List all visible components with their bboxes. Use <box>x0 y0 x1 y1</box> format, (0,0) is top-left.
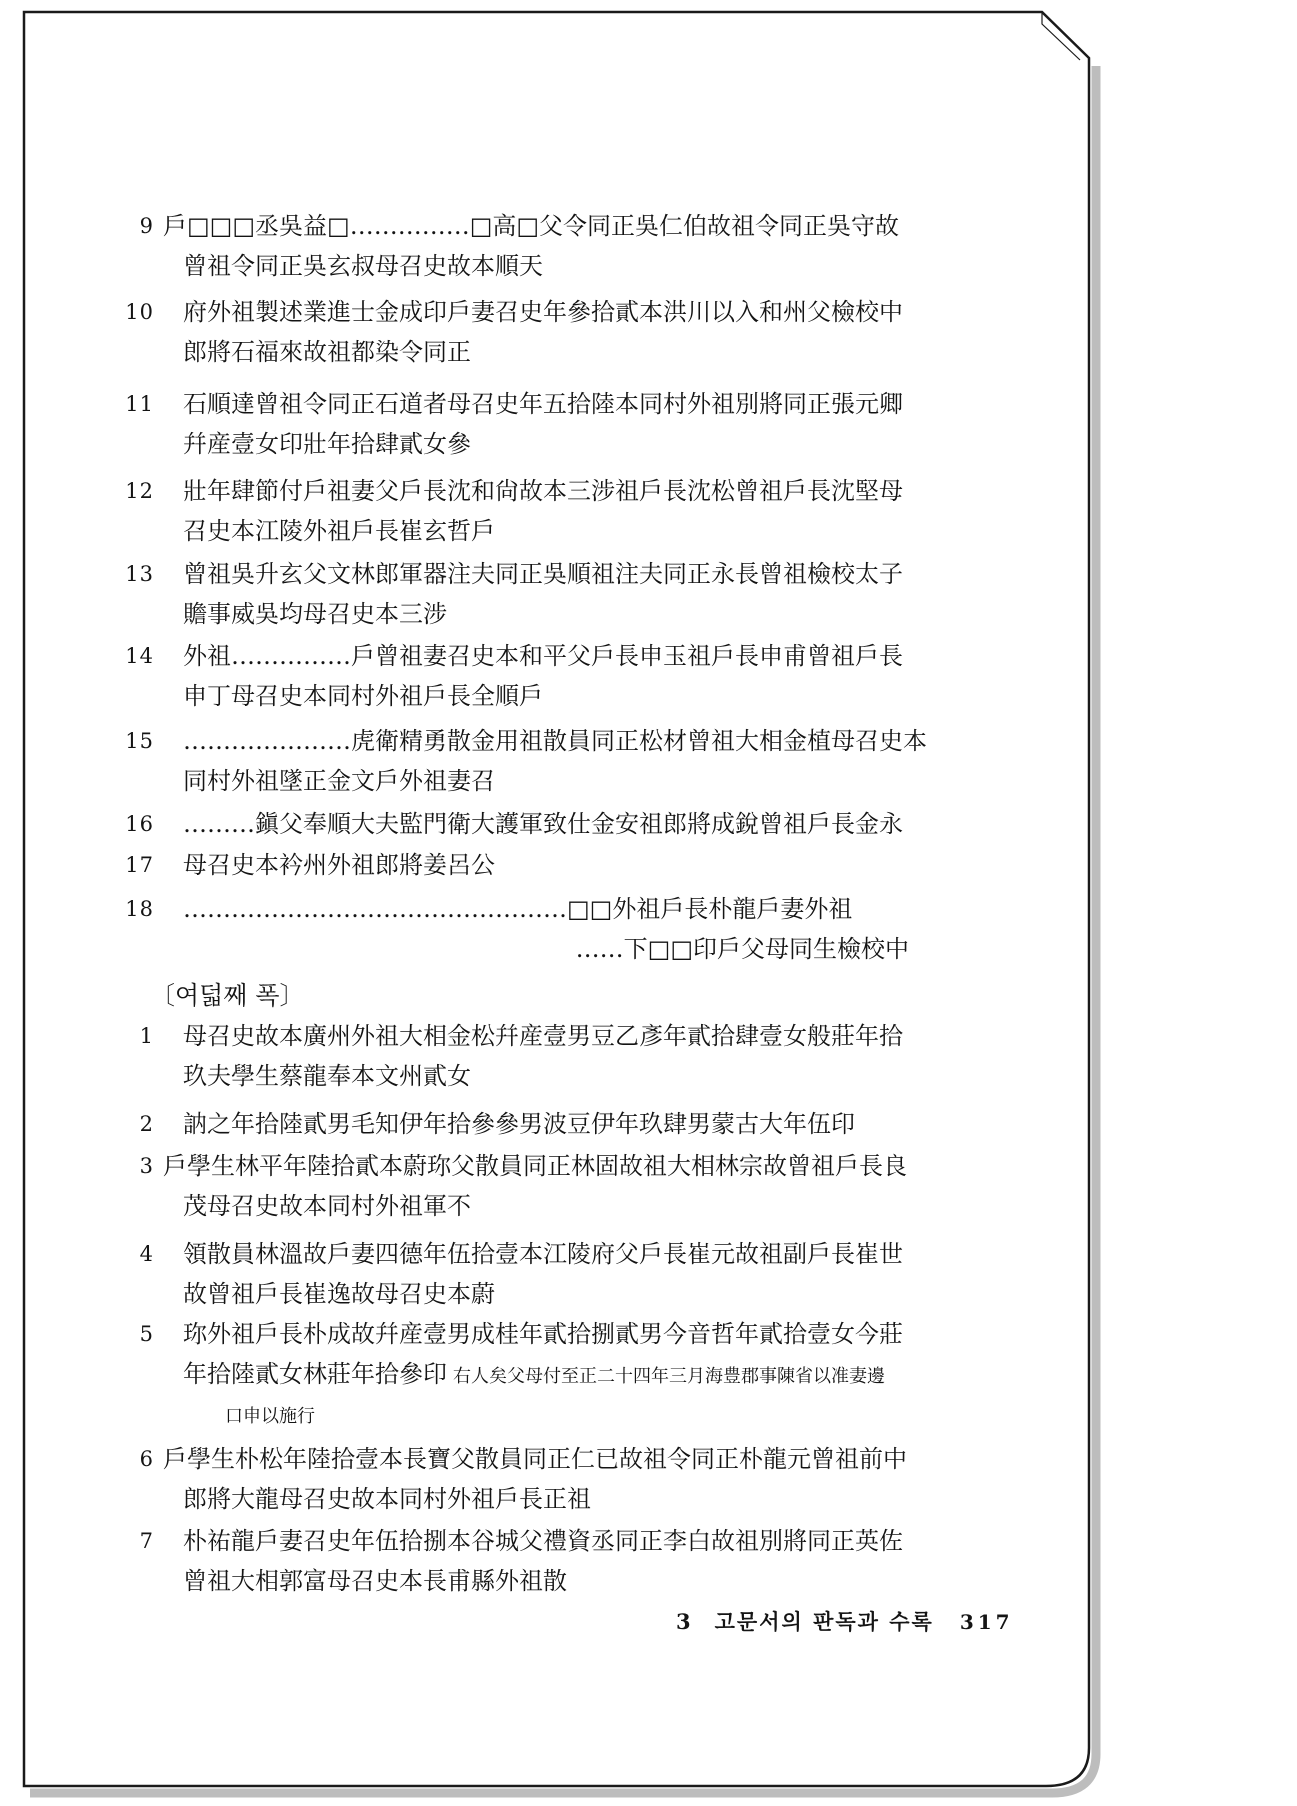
entry-16: 16 ………鎭父奉順大夫監門衛大護軍致仕金安祖郎將成銳曾祖戶長金永 <box>0 804 980 844</box>
entry-text-line: 召史本江陵外祖戶長崔玄哲戶 <box>183 511 980 551</box>
entry-3: 3 戶學生林平年陸拾貳本蔚珎父散員同正林固故祖大相林宗故曾祖戶長良 茂母召史故本… <box>0 1146 980 1226</box>
entry-text-line: 贍事威吳均母召史本三涉 <box>183 594 980 634</box>
entry-text-line: 曾祖令同正吳玄叔母召史故本順天 <box>183 246 980 286</box>
entry-text-line: 領散員林溫故戶妻四德年伍拾壹本江陵府父戶長崔元故祖副戶長崔世 <box>183 1234 980 1274</box>
entry-5: 5 珎外祖戶長朴成故幷産壹男成桂年貳拾捌貳男今音哲年貳拾壹女今莊 年拾陸貳女林莊… <box>0 1314 980 1437</box>
section-header: 〔여덟째 폭〕 <box>150 976 305 1016</box>
entry-6: 6 戶學生朴松年陸拾壹本長寶父散員同正仁已故祖令同正朴龍元曾祖前中 郎將大龍母召… <box>0 1439 980 1519</box>
page-number: 317 <box>960 1610 1014 1634</box>
entry-7: 7 朴祐龍戶妻召史年伍拾捌本谷城父禮資丞同正李白故祖別將同正英佐 曾祖大相郭富母… <box>0 1521 980 1601</box>
entry-text-normal: 年拾陸貳女林莊年拾參印 <box>183 1360 447 1388</box>
entry-text-line: 申丁母召史本同村外祖戶長全順戶 <box>183 676 980 716</box>
entry-text-line: 故曾祖戶長崔逸故母召史本蔚 <box>183 1274 980 1314</box>
entry-text-line: 郎將大龍母召史故本同村外祖戶長正祖 <box>183 1479 980 1519</box>
entry-text-line: 戶學生林平年陸拾貳本蔚珎父散員同正林固故祖大相林宗故曾祖戶長良 <box>163 1146 980 1186</box>
entry-text-line: 曾祖大相郭富母召史本長甫縣外祖散 <box>183 1561 980 1601</box>
entry-text-line: 外祖……………戶曾祖妻召史本和平父戶長申玉祖戶長申甫曾祖戶長 <box>183 636 980 676</box>
line-number: 3 <box>100 1146 154 1186</box>
entry-14: 14 外祖……………戶曾祖妻召史本和平父戶長申玉祖戶長申甫曾祖戶長 申丁母召史本… <box>0 636 980 716</box>
entry-17: 17 母召史本衿州外祖郎將姜呂公 <box>0 845 980 885</box>
page-content: 9 戶□□□丞吳益□……………□高□父令同正吳仁伯故祖令同正吳守故 曾祖令同正吳… <box>0 0 1100 1806</box>
line-number: 7 <box>100 1521 154 1561</box>
entry-text-line: 同村外祖墜正金文戶外祖妻召 <box>183 761 980 801</box>
entry-text-line: 朴祐龍戶妻召史年伍拾捌本谷城父禮資丞同正李白故祖別將同正英佐 <box>183 1521 980 1561</box>
entry-2: 2 訥之年拾陸貳男毛知伊年拾參參男波豆伊年玖肆男蒙古大年伍印 <box>0 1104 980 1144</box>
entry-1: 1 母召史故本廣州外祖大相金松幷産壹男豆乙彥年貳拾肆壹女般莊年拾 玖夫學生蔡龍奉… <box>0 1016 980 1096</box>
entry-text-line: 幷産壹女印壯年拾肆貳女參 <box>183 424 980 464</box>
entry-text-line: 壯年肆節付戶祖妻父戶長沈和尙故本三涉祖戶長沈松曾祖戶長沈堅母 <box>183 471 980 511</box>
line-number: 4 <box>100 1234 154 1274</box>
entry-text-line: 府外祖製述業進士金成印戶妻召史年參拾貳本洪川以入和州父檢校中 <box>183 292 980 332</box>
chapter-number: 3 <box>676 1609 693 1634</box>
entry-4: 4 領散員林溫故戶妻四德年伍拾壹本江陵府父戶長崔元故祖副戶長崔世 故曾祖戶長崔逸… <box>0 1234 980 1314</box>
entry-10: 10 府外祖製述業進士金成印戶妻召史年參拾貳本洪川以入和州父檢校中 郎將石福來故… <box>0 292 980 372</box>
entry-text-line: 戶學生朴松年陸拾壹本長寶父散員同正仁已故祖令同正朴龍元曾祖前中 <box>163 1439 980 1479</box>
entry-text-line: …………………………………………□□外祖戶長朴龍戶妻外祖 <box>183 889 980 929</box>
line-number: 18 <box>100 889 154 929</box>
line-number: 14 <box>100 636 154 676</box>
entry-text-line: 訥之年拾陸貳男毛知伊年拾參參男波豆伊年玖肆男蒙古大年伍印 <box>183 1104 980 1144</box>
line-number: 5 <box>100 1314 154 1354</box>
entry-text-annotation: 口申以施行 <box>225 1397 980 1437</box>
line-number: 2 <box>100 1104 154 1144</box>
line-number: 10 <box>100 292 154 332</box>
page-footer: 3고문서의 판독과 수록317 <box>676 1602 1014 1642</box>
line-number: 1 <box>100 1016 154 1056</box>
entry-13: 13 曾祖吳升玄父文林郎軍器注夫同正吳順祖注夫同正永長曾祖檢校太子 贍事威吳均母… <box>0 554 980 634</box>
book-page-scan: { "document": { "sections": [ { "entries… <box>0 0 1297 1806</box>
entry-text-line: 茂母召史故本同村外祖軍不 <box>183 1186 980 1226</box>
entry-12: 12 壯年肆節付戶祖妻父戶長沈和尙故本三涉祖戶長沈松曾祖戶長沈堅母 召史本江陵外… <box>0 471 980 551</box>
line-number: 12 <box>100 471 154 511</box>
entry-11: 11 石順達曾祖令同正石道者母召史年五拾陸本同村外祖別將同正張元卿 幷産壹女印壯… <box>0 384 980 464</box>
entry-text-line: 母召史故本廣州外祖大相金松幷産壹男豆乙彥年貳拾肆壹女般莊年拾 <box>183 1016 980 1056</box>
entry-text-line: 曾祖吳升玄父文林郎軍器注夫同正吳順祖注夫同正永長曾祖檢校太子 <box>183 554 980 594</box>
entry-text-line: 戶□□□丞吳益□……………□高□父令同正吳仁伯故祖令同正吳守故 <box>163 206 980 246</box>
entry-text-line: …………………虎衛精勇散金用祖散員同正松材曾祖大相金植母召史本 <box>183 721 980 761</box>
line-number: 11 <box>100 384 154 424</box>
chapter-title: 고문서의 판독과 수록 <box>715 1609 934 1634</box>
entry-15: 15 …………………虎衛精勇散金用祖散員同正松材曾祖大相金植母召史本 同村外祖墜… <box>0 721 980 801</box>
entry-text-line: 年拾陸貳女林莊年拾參印右人矣父母付至正二十四年三月海豊郡事陳省以准妻邊 <box>183 1354 980 1397</box>
entry-text-line: 玖夫學生蔡龍奉本文州貳女 <box>183 1056 980 1096</box>
entry-text-line: ……下□□印戶父母同生檢校中 <box>183 929 909 969</box>
entry-text-line: 石順達曾祖令同正石道者母召史年五拾陸本同村外祖別將同正張元卿 <box>183 384 980 424</box>
entry-18: 18 …………………………………………□□外祖戶長朴龍戶妻外祖 ……下□□印戶父… <box>0 889 980 969</box>
entry-text-annotation: 右人矣父母付至正二十四年三月海豊郡事陳省以准妻邊 <box>453 1366 885 1387</box>
line-number: 13 <box>100 554 154 594</box>
line-number: 9 <box>100 206 154 246</box>
line-number: 6 <box>100 1439 154 1479</box>
entry-9: 9 戶□□□丞吳益□……………□高□父令同正吳仁伯故祖令同正吳守故 曾祖令同正吳… <box>0 206 980 286</box>
entry-text-line: 郎將石福來故祖都染令同正 <box>183 332 980 372</box>
line-number: 16 <box>100 804 154 844</box>
line-number: 15 <box>100 721 154 761</box>
line-number: 17 <box>100 845 154 885</box>
entry-text-line: 母召史本衿州外祖郎將姜呂公 <box>183 845 980 885</box>
entry-text-line: ………鎭父奉順大夫監門衛大護軍致仕金安祖郎將成銳曾祖戶長金永 <box>183 804 980 844</box>
entry-text-line: 珎外祖戶長朴成故幷産壹男成桂年貳拾捌貳男今音哲年貳拾壹女今莊 <box>183 1314 980 1354</box>
